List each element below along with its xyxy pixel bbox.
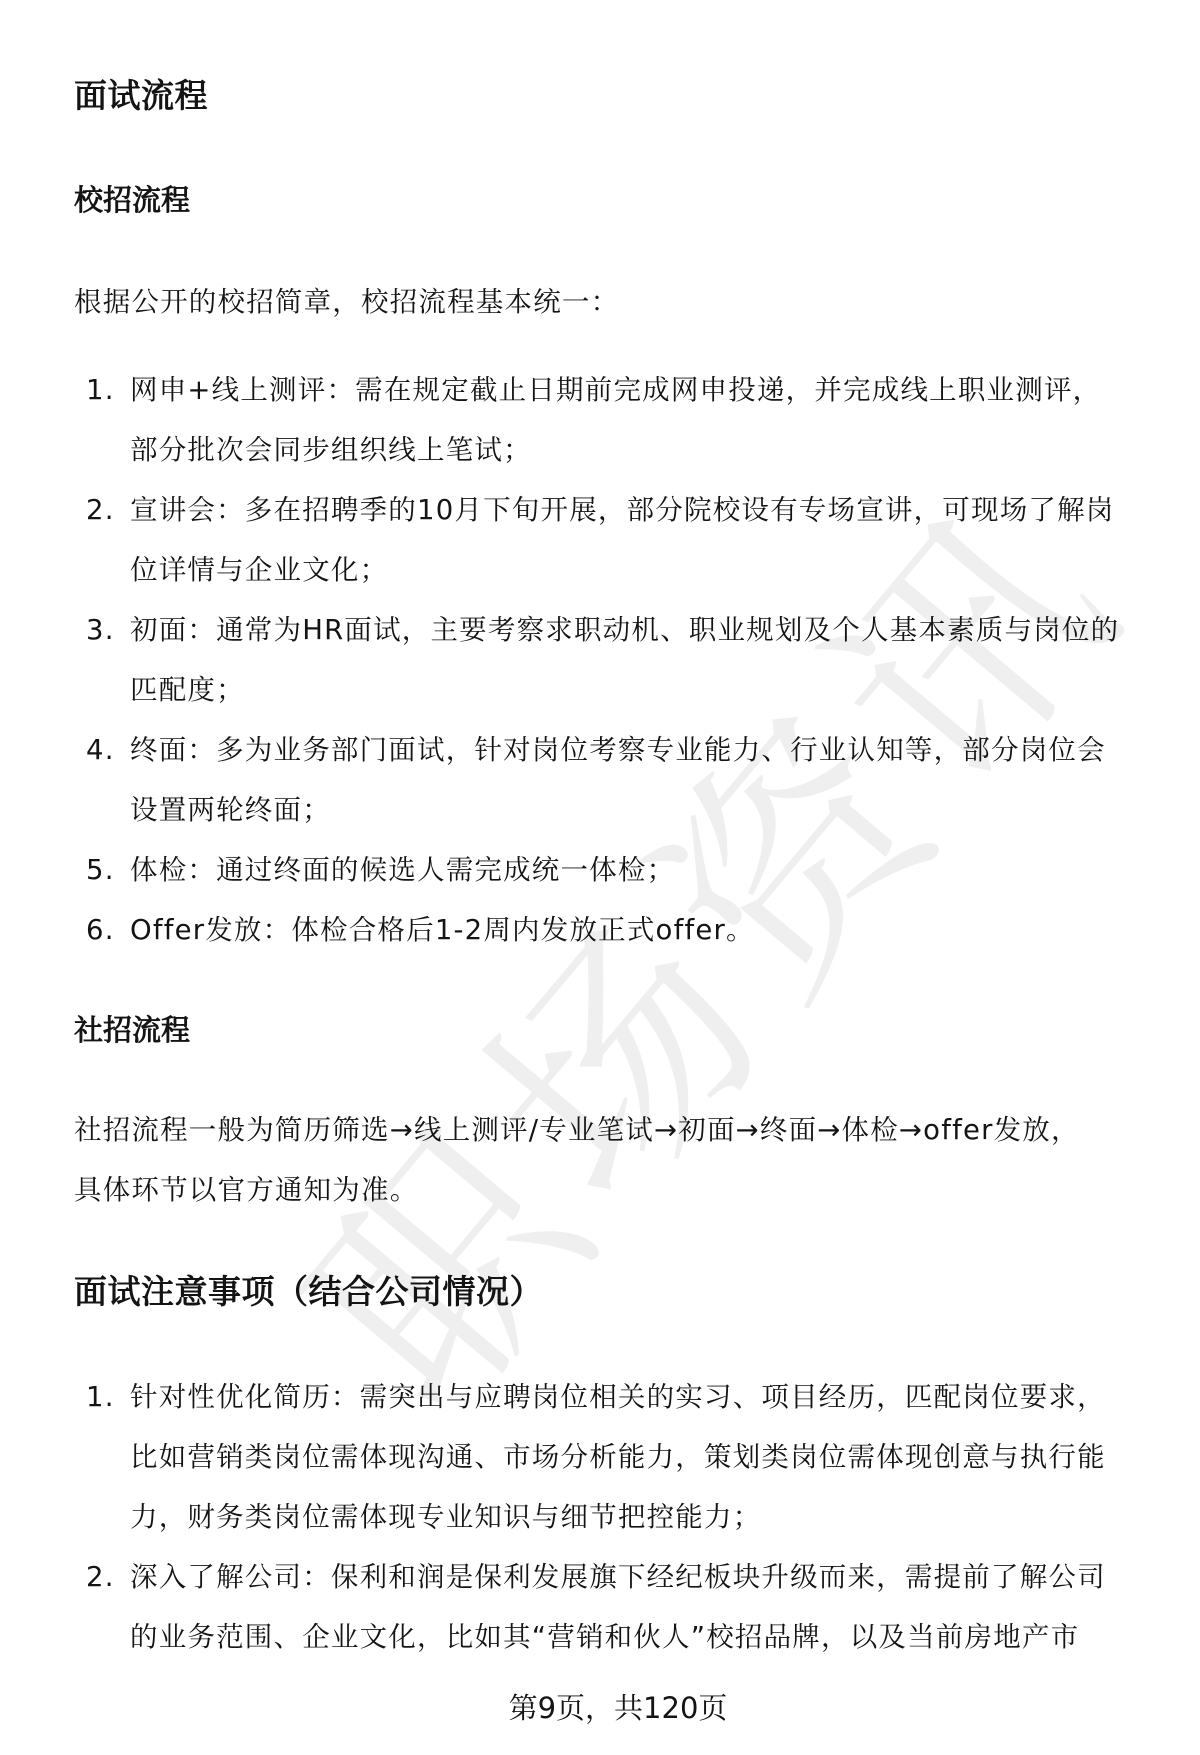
campus-intro: 根据公开的校招简章，校招流程基本统一：	[74, 272, 619, 332]
campus-process-list: 1. 网申+线上测评：需在规定截止日期前完成网申投递，并完成线上职业测评， 部分…	[0, 360, 1200, 960]
list-number: 4.	[86, 720, 115, 780]
list-number: 1.	[86, 1367, 115, 1427]
list-item: 1. 针对性优化简历：需突出与应聘岗位相关的实习、项目经历，匹配岗位要求， 比如…	[0, 1367, 1200, 1547]
list-text: 网申+线上测评：需在规定截止日期前完成网申投递，并完成线上职业测评，	[130, 360, 1200, 420]
paragraph-line: 具体环节以官方通知为准。	[74, 1160, 1080, 1220]
list-text: 体检：通过终面的候选人需完成统一体检；	[130, 840, 1200, 900]
list-item: 5. 体检：通过终面的候选人需完成统一体检；	[0, 840, 1200, 900]
list-number: 1.	[86, 360, 115, 420]
list-text: 终面：多为业务部门面试，针对岗位考察专业能力、行业认知等，部分岗位会	[130, 720, 1200, 780]
list-text: 比如营销类岗位需体现沟通、市场分析能力，策划类岗位需体现创意与执行能	[130, 1427, 1200, 1487]
list-item: 3. 初面：通常为HR面试，主要考察求职动机、职业规划及个人基本素质与岗位的 匹…	[0, 600, 1200, 720]
list-text: 位详情与企业文化；	[130, 540, 1200, 600]
list-number: 6.	[86, 900, 115, 960]
list-text: 设置两轮终面；	[130, 780, 1200, 840]
social-heading: 社招流程	[74, 1012, 190, 1048]
social-paragraph: 社招流程一般为简历筛选→线上测评/专业笔试→初面→终面→体检→offer发放， …	[74, 1100, 1080, 1220]
list-text: 深入了解公司：保利和润是保利发展旗下经纪板块升级而来，需提前了解公司	[130, 1547, 1200, 1607]
page-number-footer: 第9页，共120页	[0, 1688, 1200, 1728]
list-text: 针对性优化简历：需突出与应聘岗位相关的实习、项目经历，匹配岗位要求，	[130, 1367, 1200, 1427]
list-number: 3.	[86, 600, 115, 660]
list-text: 宣讲会：多在招聘季的10月下旬开展，部分院校设有专场宣讲，可现场了解岗	[130, 480, 1200, 540]
list-item: 2. 深入了解公司：保利和润是保利发展旗下经纪板块升级而来，需提前了解公司 的业…	[0, 1547, 1200, 1667]
list-text: 匹配度；	[130, 660, 1200, 720]
list-text: Offer发放：体检合格后1-2周内发放正式offer。	[130, 900, 1200, 960]
list-text: 力，财务类岗位需体现专业知识与细节把控能力；	[130, 1487, 1200, 1547]
list-item: 2. 宣讲会：多在招聘季的10月下旬开展，部分院校设有专场宣讲，可现场了解岗 位…	[0, 480, 1200, 600]
page-title: 面试流程	[74, 76, 208, 116]
list-item: 1. 网申+线上测评：需在规定截止日期前完成网申投递，并完成线上职业测评， 部分…	[0, 360, 1200, 480]
list-number: 5.	[86, 840, 115, 900]
list-text: 部分批次会同步组织线上笔试；	[130, 420, 1200, 480]
list-text: 的业务范围、企业文化，比如其“营销和伙人”校招品牌，以及当前房地产市	[130, 1607, 1200, 1667]
list-item: 4. 终面：多为业务部门面试，针对岗位考察专业能力、行业认知等，部分岗位会 设置…	[0, 720, 1200, 840]
list-text: 初面：通常为HR面试，主要考察求职动机、职业规划及个人基本素质与岗位的	[130, 600, 1200, 660]
paragraph-line: 社招流程一般为简历筛选→线上测评/专业笔试→初面→终面→体检→offer发放，	[74, 1100, 1080, 1160]
section-title-interview-notes: 面试注意事项（结合公司情况）	[74, 1272, 543, 1312]
list-item: 6. Offer发放：体检合格后1-2周内发放正式offer。	[0, 900, 1200, 960]
campus-heading: 校招流程	[74, 182, 190, 218]
list-number: 2.	[86, 480, 115, 540]
list-number: 2.	[86, 1547, 115, 1607]
interview-notes-list: 1. 针对性优化简历：需突出与应聘岗位相关的实习、项目经历，匹配岗位要求， 比如…	[0, 1367, 1200, 1667]
